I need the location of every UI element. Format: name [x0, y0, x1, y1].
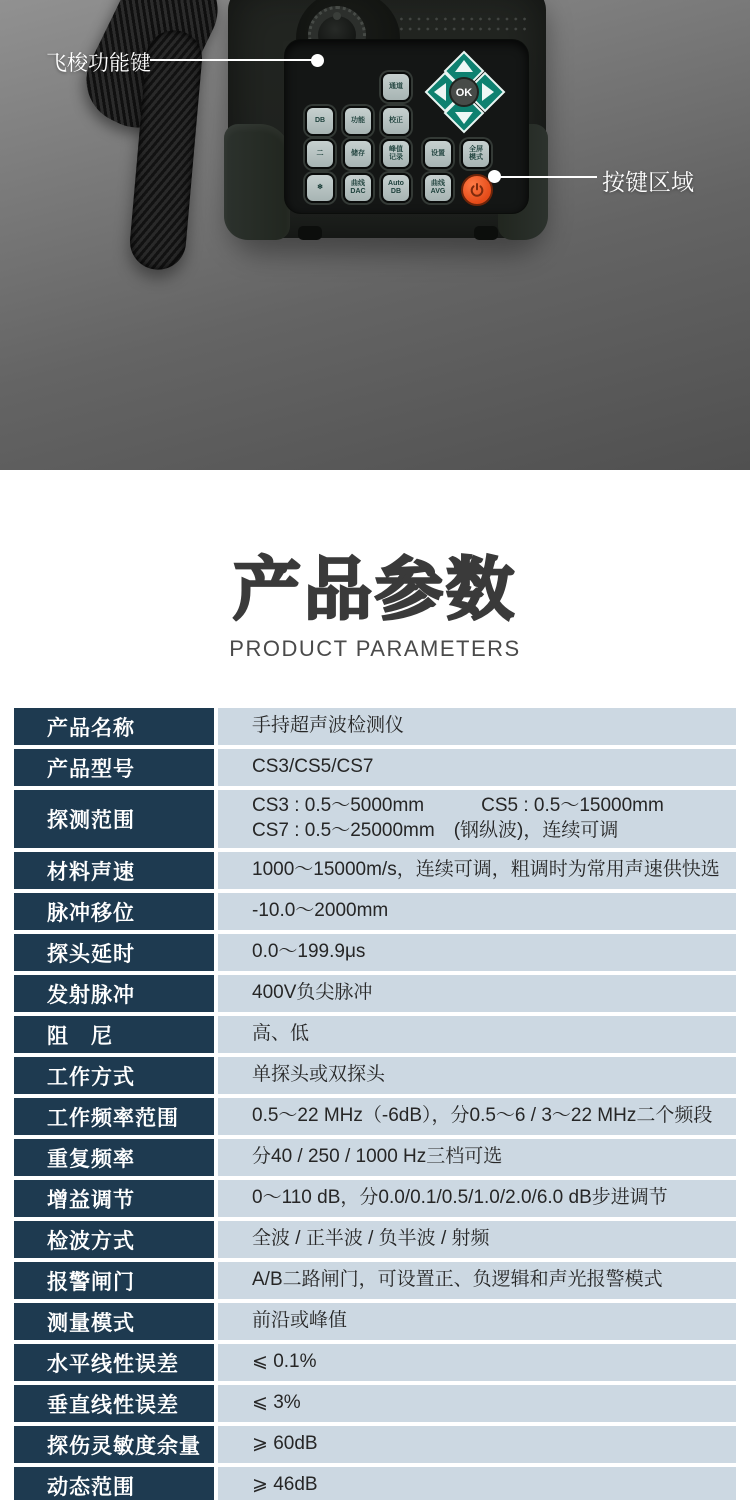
spec-value: 0.5～22 MHz（-6dB），分0.5～6 / 3～22 MHz二个频段	[218, 1098, 736, 1135]
spec-label: 发射脉冲	[14, 975, 214, 1012]
spec-label: 探头延时	[14, 934, 214, 971]
spec-value: -10.0～2000mm	[218, 893, 736, 930]
spec-value: 单探头或双探头	[218, 1057, 736, 1094]
spec-value: ⩽ 3%	[218, 1385, 736, 1422]
table-row: 阻 尼高、低	[14, 1016, 736, 1053]
spec-value: 分40 / 250 / 1000 Hz三档可选	[218, 1139, 736, 1176]
device-key: 功能	[343, 106, 373, 136]
spec-label: 探伤灵敏度余量	[14, 1426, 214, 1463]
device-key: 曲线 DAC	[343, 173, 373, 203]
speaker-grille	[397, 14, 529, 35]
page-title: 产品参数	[0, 556, 750, 624]
shuttle-knob-marker	[333, 12, 341, 20]
product-detail-page: OK 通道DB功能校正二储存峰值 记录设置全屏 模式❄曲线 DACAuto DB…	[0, 0, 750, 1500]
table-row: 增益调节0～110 dB，分0.0/0.1/0.5/1.0/2.0/6.0 dB…	[14, 1180, 736, 1217]
spec-value: CS3 : 0.5～5000mm CS5 : 0.5～15000mm CS7 :…	[218, 790, 736, 848]
table-row: 发射脉冲400V负尖脉冲	[14, 975, 736, 1012]
spec-value: ⩾ 60dB	[218, 1426, 736, 1463]
spec-value: 1000～15000m/s，连续可调，粗调时为常用声速供快选	[218, 852, 736, 889]
spec-label: 增益调节	[14, 1180, 214, 1217]
keypad-area: OK 通道DB功能校正二储存峰值 记录设置全屏 模式❄曲线 DACAuto DB…	[285, 40, 528, 213]
table-row: 工作方式单探头或双探头	[14, 1057, 736, 1094]
table-row: 工作频率范围0.5～22 MHz（-6dB），分0.5～6 / 3～22 MHz…	[14, 1098, 736, 1135]
spec-label: 脉冲移位	[14, 893, 214, 930]
spec-table: 产品名称手持超声波检测仪产品型号CS3/CS5/CS7探测范围CS3 : 0.5…	[14, 708, 736, 1500]
table-row: 探测范围CS3 : 0.5～5000mm CS5 : 0.5～15000mm C…	[14, 790, 736, 848]
rubber-bumper-left	[224, 124, 290, 240]
spec-label: 探测范围	[14, 790, 214, 848]
device-key: 峰值 记录	[381, 139, 411, 169]
spec-label: 水平线性误差	[14, 1344, 214, 1381]
spec-label: 动态范围	[14, 1467, 214, 1500]
device-key: Auto DB	[381, 173, 411, 203]
device-key: 通道	[381, 72, 411, 102]
spec-label: 检波方式	[14, 1221, 214, 1258]
spec-value: A/B二路闸门，可设置正、负逻辑和声光报警模式	[218, 1262, 736, 1299]
spec-value: CS3/CS5/CS7	[218, 749, 736, 786]
power-icon	[469, 182, 485, 198]
spec-value: 0.0～199.9μs	[218, 934, 736, 971]
spec-label: 阻 尼	[14, 1016, 214, 1053]
spec-value: 400V负尖脉冲	[218, 975, 736, 1012]
section-title-block: 产品参数 PRODUCT PARAMETERS	[0, 470, 750, 662]
spec-value: ⩽ 0.1%	[218, 1344, 736, 1381]
spec-value: ⩾ 46dB	[218, 1467, 736, 1500]
table-row: 重复频率分40 / 250 / 1000 Hz三档可选	[14, 1139, 736, 1176]
table-row: 产品型号CS3/CS5/CS7	[14, 749, 736, 786]
device-key: ❄	[305, 173, 335, 203]
table-row: 材料声速1000～15000m/s，连续可调，粗调时为常用声速供快选	[14, 852, 736, 889]
callout-shuttle-label: 飞梭功能键	[46, 47, 151, 77]
device-foot	[298, 226, 322, 240]
callout-shuttle-dot	[311, 54, 324, 67]
table-row: 探头延时0.0～199.9μs	[14, 934, 736, 971]
callout-shuttle-line	[150, 59, 318, 61]
spec-label: 工作频率范围	[14, 1098, 214, 1135]
spec-label: 产品型号	[14, 749, 214, 786]
device-foot	[474, 226, 498, 240]
dpad-cluster: OK	[422, 50, 506, 134]
device-key: 曲线 AVG	[423, 173, 453, 203]
table-row: 水平线性误差⩽ 0.1%	[14, 1344, 736, 1381]
table-row: 检波方式全波 / 正半波 / 负半波 / 射频	[14, 1221, 736, 1258]
spec-label: 重复频率	[14, 1139, 214, 1176]
spec-label: 测量模式	[14, 1303, 214, 1340]
page-subtitle: PRODUCT PARAMETERS	[0, 636, 750, 662]
spec-label: 材料声速	[14, 852, 214, 889]
device-key: 校正	[381, 106, 411, 136]
table-row: 探伤灵敏度余量⩾ 60dB	[14, 1426, 736, 1463]
spec-value: 手持超声波检测仪	[218, 708, 736, 745]
spec-label: 产品名称	[14, 708, 214, 745]
device-body: OK 通道DB功能校正二储存峰值 记录设置全屏 模式❄曲线 DACAuto DB…	[228, 0, 546, 238]
device-key: 储存	[343, 139, 373, 169]
callout-keypad-label: 按键区域	[602, 164, 694, 197]
spec-value: 高、低	[218, 1016, 736, 1053]
table-row: 垂直线性误差⩽ 3%	[14, 1385, 736, 1422]
spec-value: 前沿或峰值	[218, 1303, 736, 1340]
table-row: 产品名称手持超声波检测仪	[14, 708, 736, 745]
spec-label: 报警闸门	[14, 1262, 214, 1299]
table-row: 动态范围⩾ 46dB	[14, 1467, 736, 1500]
spec-label: 工作方式	[14, 1057, 214, 1094]
spec-value: 全波 / 正半波 / 负半波 / 射频	[218, 1221, 736, 1258]
table-row: 脉冲移位-10.0～2000mm	[14, 893, 736, 930]
ok-button-label: OK	[456, 87, 473, 99]
device-key: DB	[305, 106, 335, 136]
device-key: 设置	[423, 139, 453, 169]
product-photo-section: OK 通道DB功能校正二储存峰值 记录设置全屏 模式❄曲线 DACAuto DB…	[0, 0, 750, 470]
table-row: 测量模式前沿或峰值	[14, 1303, 736, 1340]
spec-label: 垂直线性误差	[14, 1385, 214, 1422]
callout-keypad-line	[497, 176, 597, 178]
device-key: 全屏 模式	[461, 139, 491, 169]
table-row: 报警闸门A/B二路闸门，可设置正、负逻辑和声光报警模式	[14, 1262, 736, 1299]
spec-value: 0～110 dB，分0.0/0.1/0.5/1.0/2.0/6.0 dB步进调节	[218, 1180, 736, 1217]
device-key: 二	[305, 139, 335, 169]
